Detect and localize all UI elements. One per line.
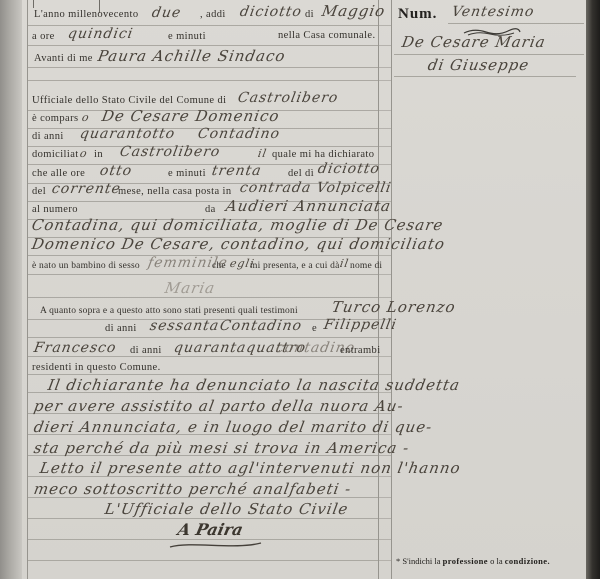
- label-e-minuti: e minuti: [168, 31, 206, 42]
- value-declarant-profession: Contadino: [197, 126, 282, 142]
- ruled-line: [379, 164, 391, 165]
- label-che: che: [212, 261, 226, 271]
- footnote-bold-professione: professione: [443, 556, 488, 566]
- note-officer-title: L'Ufficiale dello Stato Civile: [103, 500, 350, 518]
- label-del: del: [32, 186, 46, 197]
- ruled-line: [379, 560, 391, 561]
- num-value: Ventesimo: [451, 4, 536, 20]
- value-domicile-ending: o: [79, 147, 89, 160]
- label-ufficiale-comune: Ufficiale dello Stato Civile del Comune …: [32, 95, 227, 106]
- ruled-line: [28, 297, 378, 298]
- value-il: il: [339, 257, 350, 270]
- ruled-line: [379, 274, 391, 275]
- ruled-line: [379, 539, 391, 540]
- label-e-comparso: è compars: [32, 113, 78, 124]
- label-nome-di: nome di: [350, 261, 382, 271]
- value-article-il: il: [257, 147, 268, 160]
- margin-footnote: * S'indichi la professione o la condizio…: [396, 556, 550, 566]
- value-domicile-town: Castrolibero: [119, 144, 222, 160]
- ruled-line: [379, 337, 391, 338]
- form-left-rule: [27, 0, 28, 579]
- value-birth-day: diciotto: [317, 161, 382, 177]
- note-line-6: meco sottoscritto perché analfabeti -: [32, 480, 353, 498]
- label-domiciliato: domiciliat: [32, 149, 79, 160]
- ruled-line: [379, 80, 391, 81]
- margin-child-name: De Cesare Maria: [400, 33, 547, 51]
- value-birth-place: contrada Volpicelli: [239, 180, 393, 196]
- ruled-line: [28, 518, 378, 519]
- label-che-alle-ore: che alle ore: [32, 168, 85, 179]
- value-witness2-surname: Filippelli: [323, 317, 399, 333]
- ruled-line: [28, 67, 378, 68]
- ruled-line: [379, 128, 391, 129]
- label-nato-bambino-sesso: è nato un bambino di sesso: [32, 261, 140, 271]
- label-di-anni-w2: di anni: [130, 345, 162, 356]
- label-casa-comunale: nella Casa comunale.: [278, 30, 376, 41]
- label-di: di: [305, 9, 314, 20]
- note-line-1: Il dichiarante ha denunciato la nascita …: [46, 376, 461, 394]
- label-testimoni: A quanto sopra e a questo atto sono stat…: [40, 306, 298, 316]
- margin-father-ref: di Giuseppe: [426, 56, 530, 74]
- ruled-line: [28, 374, 378, 375]
- signature-flourish: [168, 540, 264, 550]
- label-addi: , addì: [200, 9, 226, 20]
- value-mother-name: Audieri Annunciata: [224, 197, 392, 215]
- footnote-bold-condizione: condizione.: [505, 556, 550, 566]
- ruled-line: [28, 337, 378, 338]
- label-di-anni-w1: di anni: [105, 323, 137, 334]
- gutter-left-rule: [378, 0, 379, 579]
- value-witness1-profession: Contadino: [219, 318, 304, 334]
- value-hour: quindici: [67, 26, 135, 42]
- value-official-name: Paura Achille Sindaco: [96, 47, 287, 65]
- label-residenti-comune: residenti in questo Comune.: [32, 362, 161, 373]
- ruled-line: [379, 356, 391, 357]
- ruled-line: [379, 497, 391, 498]
- gutter-right-rule: [391, 0, 392, 579]
- ruled-line: [379, 146, 391, 147]
- value-husband-details: Domenico De Cesare, contadino, qui domic…: [30, 235, 446, 253]
- ruled-line: [379, 110, 391, 111]
- page-right-edge: [586, 0, 600, 579]
- value-declarant-age: quarantotto: [79, 126, 177, 142]
- ruled-line: [394, 54, 584, 55]
- footnote-text: o la: [488, 556, 505, 566]
- ruled-line: [448, 23, 584, 24]
- note-line-4: sta perché da più mesi si trova in Ameri…: [32, 439, 410, 457]
- birth-record-scan: L'anno millenovecento due , addì diciott…: [0, 0, 600, 579]
- label-al-numero: al numero: [32, 204, 78, 215]
- label-mi-presenta: mi presenta, e a cui dà: [250, 261, 340, 271]
- label-da: da: [205, 204, 216, 215]
- value-gender-ending: o: [81, 111, 91, 124]
- value-declarant-name: De Cesare Domenico: [100, 107, 281, 125]
- note-line-3: dieri Annunciata, e in luogo del marito …: [32, 418, 433, 436]
- ruled-line: [379, 45, 391, 46]
- ruled-line: [379, 374, 391, 375]
- label-del-di: del dì: [288, 168, 314, 179]
- note-line-2: per avere assistito al parto della nuora…: [32, 397, 405, 415]
- top-tick-mark: [33, 0, 34, 8]
- label-in: in: [94, 149, 103, 160]
- ruled-line: [28, 274, 378, 275]
- footnote-text: * S'indichi la: [396, 556, 443, 566]
- page-left-edge: [0, 0, 22, 579]
- ruled-line: [379, 25, 391, 26]
- label-avanti-di-me: Avanti di me: [34, 53, 93, 64]
- value-birth-minutes: trenta: [211, 163, 263, 179]
- ruled-line: [394, 76, 576, 77]
- value-child-name: Maria: [163, 279, 216, 297]
- ruled-line: [379, 255, 391, 256]
- ruled-line: [28, 45, 378, 46]
- ruled-line: [28, 356, 378, 357]
- value-witness1-age: sessanta: [149, 318, 221, 334]
- value-mother-details: Contadina, qui domiciliata, moglie di De…: [30, 216, 445, 234]
- value-witness2-firstname: Francesco: [33, 340, 118, 356]
- label-e-minuti-2: e minuti: [168, 168, 206, 179]
- label-quale-dichiarato: quale mi ha dichiarato: [272, 149, 374, 160]
- label-mese-casa-posta: mese, nella casa posta in: [118, 186, 232, 197]
- label-di-anni: di anni: [32, 131, 64, 142]
- officer-signature: A Paira: [176, 520, 245, 539]
- note-line-5: Letto il presente atto agl'intervenuti n…: [38, 459, 462, 477]
- ruled-line: [28, 560, 378, 561]
- value-year: due: [151, 5, 183, 21]
- label-entrambi: entrambi: [340, 345, 381, 356]
- value-birth-hour: otto: [99, 163, 134, 179]
- ruled-line: [379, 67, 391, 68]
- ruled-line: [379, 518, 391, 519]
- value-witness1-name: Turco Lorenzo: [330, 298, 457, 316]
- label-a-ore: a ore: [32, 31, 55, 42]
- num-label: Num.: [398, 6, 437, 23]
- label-anno: L'anno millenovecento: [34, 9, 138, 20]
- value-comune: Castrolibero: [237, 90, 340, 106]
- label-e-w2: e: [312, 323, 317, 334]
- value-month-ref: corrente: [51, 181, 123, 197]
- value-day: diciotto: [239, 4, 304, 20]
- value-month: Maggio: [320, 2, 387, 20]
- ruled-line: [28, 80, 378, 81]
